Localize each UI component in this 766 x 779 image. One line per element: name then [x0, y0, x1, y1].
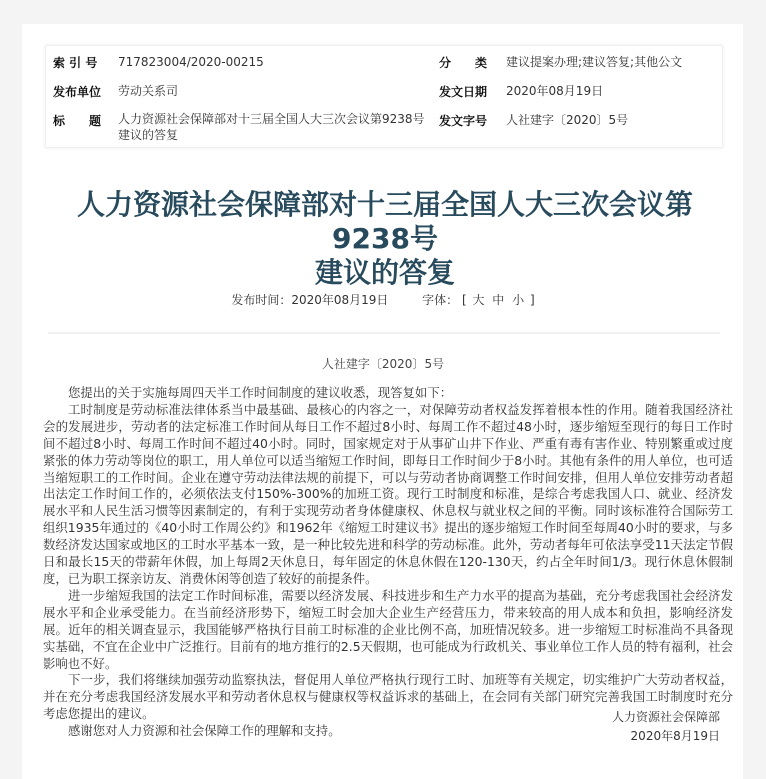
title-value: 人力资源社会保障部对十三届全国人大三次会议第9238号建议的答复 [118, 111, 434, 143]
article-body: 您提出的关于实施每周四天半工作时间制度的建议收悉，现答复如下： 工时制度是劳动标… [43, 385, 733, 740]
page-title-line2: 建议的答复 [40, 256, 730, 290]
page-title: 人力资源社会保障部对十三届全国人大三次会议第9238号 建议的答复 [40, 188, 730, 290]
publish-time-value: 2020年08月19日 [291, 293, 388, 307]
body-paragraph: 您提出的关于实施每周四天半工作时间制度的建议收悉，现答复如下： [43, 385, 733, 402]
category-label: 分 类 [439, 54, 487, 71]
publish-time-label: 发布时间： [231, 293, 291, 307]
font-bracket-close: ] [530, 293, 535, 307]
page-title-line1: 人力资源社会保障部对十三届全国人大三次会议第9238号 [40, 188, 730, 256]
font-large-button[interactable]: 大 [470, 293, 486, 307]
publisher-label: 发布单位 [53, 83, 101, 100]
signature-org: 人力资源社会保障部 [612, 708, 720, 727]
font-bracket-open: [ [462, 293, 467, 307]
article-meta: 发布时间：2020年08月19日 字体： [ 大 中 小 ] [0, 291, 766, 308]
title-label: 标 题 [53, 112, 101, 129]
document-number: 人社建字〔2020〕5号 [0, 355, 766, 372]
font-small-button[interactable]: 小 [510, 293, 526, 307]
doc-number-label: 发文字号 [439, 112, 487, 129]
font-size-label: 字体： [422, 293, 458, 307]
category-value: 建议提案办理;建议答复;其他公文 [506, 54, 682, 70]
document-info-table: 索 引 号 717823004/2020-00215 分 类 建议提案办理;建议… [45, 45, 723, 148]
signature-block: 人力资源社会保障部 2020年8月19日 [612, 708, 720, 746]
index-value: 717823004/2020-00215 [118, 54, 264, 70]
doc-number-value: 人社建字〔2020〕5号 [506, 112, 628, 128]
font-medium-button[interactable]: 中 [490, 293, 506, 307]
body-paragraph: 进一步缩短我国的法定工作时间标准，需要以经济发展、科技进步和生产力水平的提高为基… [43, 588, 733, 673]
signature-date: 2020年8月19日 [612, 727, 720, 746]
divider [48, 332, 720, 334]
publisher-value: 劳动关系司 [118, 83, 178, 99]
index-label: 索 引 号 [53, 54, 97, 71]
issue-date-label: 发文日期 [439, 83, 487, 100]
issue-date-value: 2020年08月19日 [506, 83, 603, 99]
body-paragraph: 工时制度是劳动标准法律体系当中最基础、最核心的内容之一，对保障劳动者权益发挥着根… [43, 402, 733, 588]
